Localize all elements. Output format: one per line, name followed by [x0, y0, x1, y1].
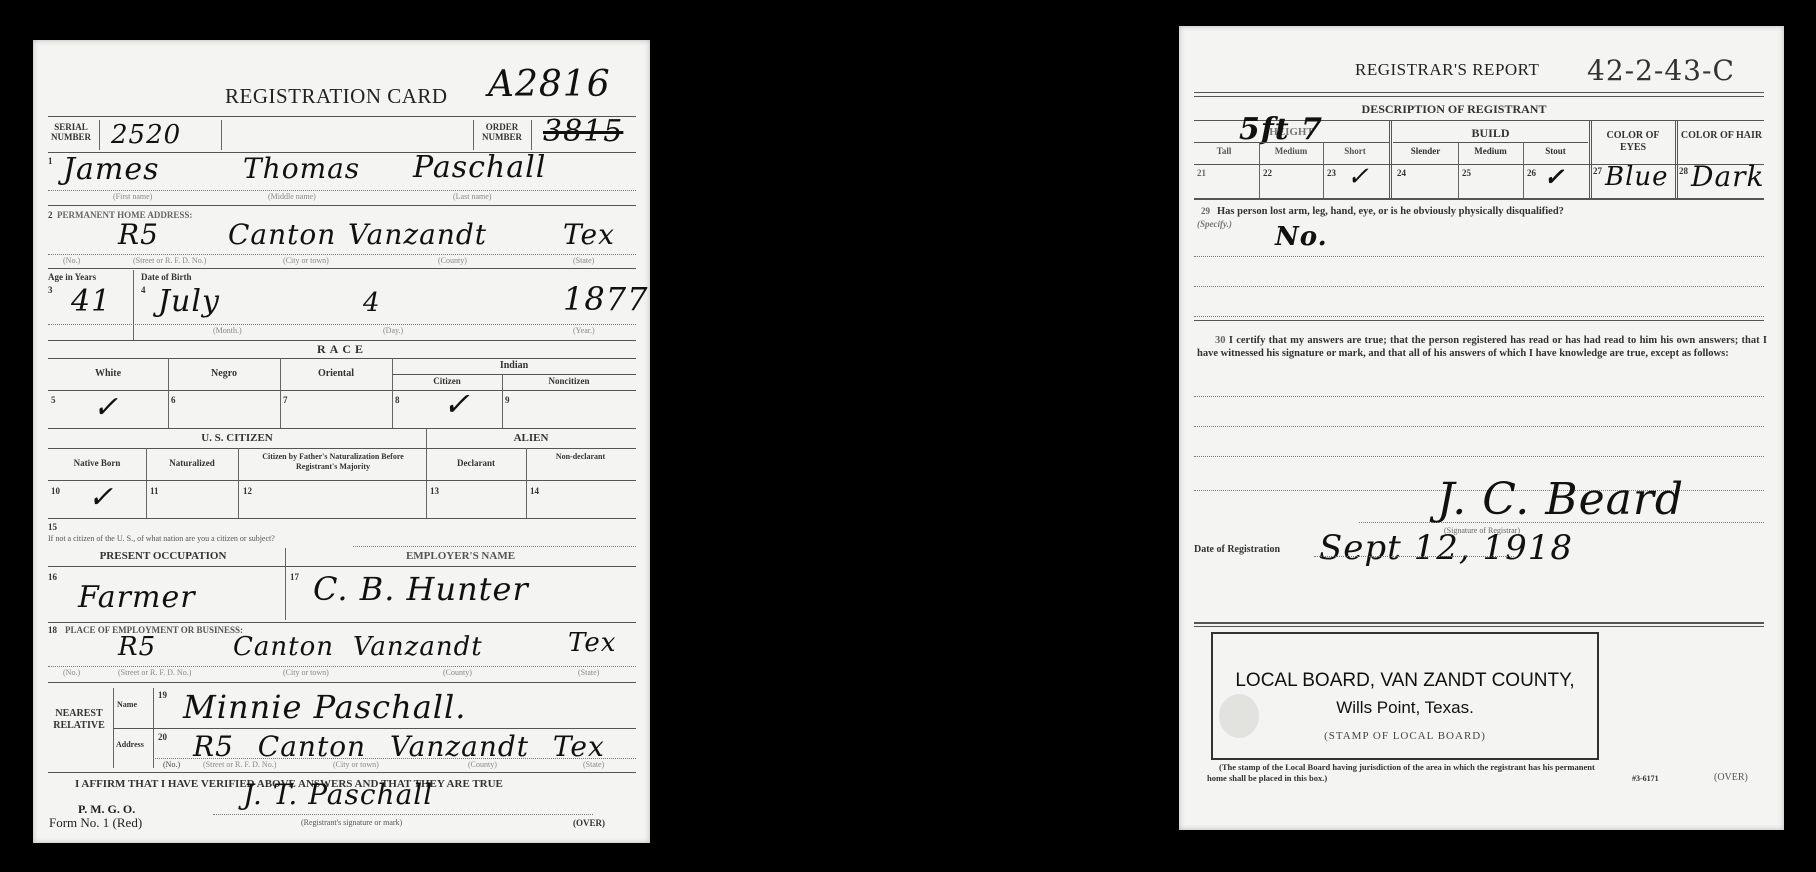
- signature-caption: (Registrant's signature or mark): [301, 818, 402, 827]
- form-code: #3-6171: [1632, 774, 1659, 783]
- caption: (State): [573, 256, 594, 265]
- race-col-negro: Negro: [168, 368, 280, 379]
- serial-number-label: SERIAL NUMBER: [48, 122, 94, 142]
- caption: (Street or R. F. D. No.): [203, 760, 276, 769]
- field-number: 7: [283, 395, 288, 405]
- employer-value: C. B. Hunter: [313, 570, 529, 608]
- report-title: REGISTRAR'S REPORT: [1355, 60, 1539, 80]
- alien-header: ALIEN: [426, 432, 636, 444]
- seal-watermark-icon: [1219, 694, 1259, 738]
- order-number-value: 3815: [543, 114, 623, 149]
- field-number: 2: [48, 210, 53, 220]
- field-number: 27: [1593, 166, 1602, 176]
- caption: (State): [583, 760, 604, 769]
- registrars-report-card: REGISTRAR'S REPORT 42-2-43-C DESCRIPTION…: [1179, 26, 1784, 830]
- field-number: 20: [158, 732, 167, 742]
- height-short-mark: ✓: [1347, 162, 1370, 192]
- field-number: 25: [1462, 168, 1471, 178]
- birth-year: 1877: [563, 280, 648, 318]
- eyes-header: COLOR OF EYES: [1593, 130, 1673, 154]
- field-number: 14: [530, 486, 539, 496]
- occupation-value: Farmer: [78, 580, 196, 615]
- q29-text: Has person lost arm, leg, hand, eye, or …: [1217, 206, 1564, 217]
- employment-city: Canton: [233, 632, 334, 662]
- caption: (Day.): [383, 326, 403, 335]
- caption: (Street or R. F. D. No.): [118, 668, 191, 677]
- birth-day: 4: [363, 288, 381, 318]
- caption: (No.): [63, 256, 80, 265]
- relative-name-value: Minnie Paschall.: [183, 688, 466, 726]
- date-of-registration-value: Sept 12, 1918: [1319, 528, 1573, 568]
- middle-name: Thomas: [243, 152, 360, 185]
- field-number: 30: [1215, 335, 1226, 346]
- relative-address-label: Address: [116, 740, 144, 749]
- caption: (County): [443, 668, 472, 677]
- caption: (First name): [113, 192, 152, 201]
- field-number: 26: [1527, 168, 1536, 178]
- race-col-oriental: Oriental: [280, 368, 392, 379]
- hair-header: COLOR OF HAIR: [1679, 130, 1764, 142]
- race-col-white: White: [48, 368, 168, 379]
- alien-col-declarant: Declarant: [426, 458, 526, 468]
- q30-statement: I certify that my answers are true; that…: [1197, 335, 1767, 359]
- build-header: BUILD: [1393, 126, 1588, 141]
- field-number: 12: [243, 486, 252, 496]
- field-number: 13: [430, 486, 439, 496]
- height-col-tall: Tall: [1194, 146, 1254, 156]
- height-col-medium: Medium: [1259, 146, 1323, 156]
- caption: (City or town): [333, 760, 379, 769]
- race-indian-citizen-mark: ✓: [443, 385, 471, 423]
- over-label: (OVER): [573, 818, 605, 828]
- local-board-stamp-box: LOCAL BOARD, VAN ZANDT COUNTY, Wills Poi…: [1211, 632, 1599, 760]
- caption: (Month.): [213, 326, 242, 335]
- build-col-stout: Stout: [1523, 146, 1588, 156]
- stamp-note: (The stamp of the Local Board having jur…: [1207, 762, 1602, 784]
- caption: (Street or R. F. D. No.): [133, 256, 206, 265]
- field-number: 19: [158, 690, 167, 700]
- us-citizen-header: U. S. CITIZEN: [48, 432, 426, 444]
- caption: (No.): [163, 760, 180, 769]
- citizen-col-naturalized: Naturalized: [146, 458, 238, 468]
- citizen-col-father: Citizen by Father's Naturalization Befor…: [243, 452, 423, 472]
- field-number: 15: [48, 522, 57, 532]
- report-handwritten-code: 42-2-43-C: [1587, 54, 1735, 87]
- citizen-col-native: Native Born: [48, 458, 146, 468]
- caption: (County): [468, 760, 497, 769]
- field-number: 1: [48, 156, 53, 166]
- field-number: 3: [48, 285, 53, 295]
- address-county: Vanzandt: [348, 218, 487, 251]
- race-white-mark: ✓: [93, 390, 119, 425]
- caption: (City or town): [283, 668, 329, 677]
- dob-label: Date of Birth: [141, 272, 192, 282]
- field-number: 4: [141, 285, 146, 295]
- field-number: 5: [51, 395, 56, 405]
- card-title: REGISTRATION CARD: [225, 84, 448, 109]
- registrar-signature: J. C. Beard: [1437, 474, 1684, 525]
- caption: (Middle name): [268, 192, 316, 201]
- field-number: 8: [395, 395, 400, 405]
- card-id-handwritten: A2816: [488, 64, 611, 105]
- race-col-indian-noncitizen: Noncitizen: [502, 376, 636, 386]
- race-header: RACE: [48, 342, 636, 357]
- employer-header: EMPLOYER'S NAME: [285, 550, 636, 562]
- first-name: James: [63, 152, 160, 187]
- build-col-slender: Slender: [1393, 146, 1458, 156]
- caption: (Year.): [573, 326, 595, 335]
- age-label: Age in Years: [48, 272, 96, 282]
- field-number: 22: [1263, 168, 1272, 178]
- form-id-line2: Form No. 1 (Red): [49, 815, 142, 831]
- registrant-signature: J. T. Paschall: [243, 778, 433, 811]
- caption: (City or town): [283, 256, 329, 265]
- address-street: R5: [118, 218, 159, 251]
- field-number: 6: [171, 395, 176, 405]
- hair-value: Dark: [1691, 160, 1765, 193]
- serial-number-value: 2520: [111, 120, 181, 150]
- q29-value: No.: [1275, 222, 1328, 252]
- field-number: 24: [1397, 168, 1406, 178]
- over-label: (OVER): [1714, 772, 1748, 783]
- caption: (County): [438, 256, 467, 265]
- field-number: 23: [1327, 168, 1336, 178]
- order-number-label: ORDER NUMBER: [477, 122, 527, 142]
- alien-col-nondeclarant: Non-declarant: [533, 452, 628, 462]
- birth-month: July: [158, 284, 220, 319]
- last-name: Paschall: [413, 150, 546, 185]
- field-number: 18: [48, 625, 57, 635]
- build-stout-mark: ✓: [1544, 162, 1565, 191]
- field-number: 11: [150, 486, 159, 496]
- address-city: Canton: [228, 218, 336, 251]
- race-col-indian: Indian: [392, 360, 636, 371]
- field-number: 9: [505, 395, 510, 405]
- q15-text: If not a citizen of the U. S., of what n…: [48, 534, 275, 543]
- field-number: 29: [1201, 206, 1210, 216]
- field-number: 21: [1197, 168, 1206, 178]
- caption: (No.): [63, 668, 80, 677]
- nearest-relative-label: NEAREST RELATIVE: [48, 708, 110, 732]
- date-of-registration-label: Date of Registration: [1194, 544, 1280, 555]
- employment-street: R5: [118, 632, 156, 662]
- height-col-short: Short: [1323, 146, 1387, 156]
- caption: (Last name): [453, 192, 491, 201]
- stamp-line1: LOCAL BOARD, VAN ZANDT COUNTY,: [1213, 670, 1597, 692]
- field-number: 17: [290, 572, 299, 582]
- relative-name-label: Name: [117, 700, 137, 709]
- employment-state: Tex: [568, 628, 616, 658]
- q30-text: 30 I certify that my answers are true; t…: [1197, 334, 1767, 360]
- field-number: 16: [48, 572, 57, 582]
- q29-specify: (Specify.): [1197, 219, 1232, 229]
- build-col-medium: Medium: [1458, 146, 1523, 156]
- employment-county: Vanzandt: [353, 632, 483, 662]
- field-number: 10: [51, 486, 60, 496]
- caption: (State): [578, 668, 599, 677]
- eyes-value: Blue: [1605, 162, 1669, 192]
- field-number: 28: [1679, 166, 1688, 176]
- stamp-line2: Wills Point, Texas.: [1213, 698, 1597, 718]
- registration-card: REGISTRATION CARD A2816 SERIAL NUMBER 25…: [33, 40, 650, 843]
- native-born-mark: ✓: [88, 480, 114, 515]
- occupation-header: PRESENT OCCUPATION: [48, 550, 278, 562]
- age-value: 41: [71, 284, 111, 319]
- stamp-caption: (STAMP OF LOCAL BOARD): [1213, 730, 1597, 742]
- address-state: Tex: [563, 218, 615, 251]
